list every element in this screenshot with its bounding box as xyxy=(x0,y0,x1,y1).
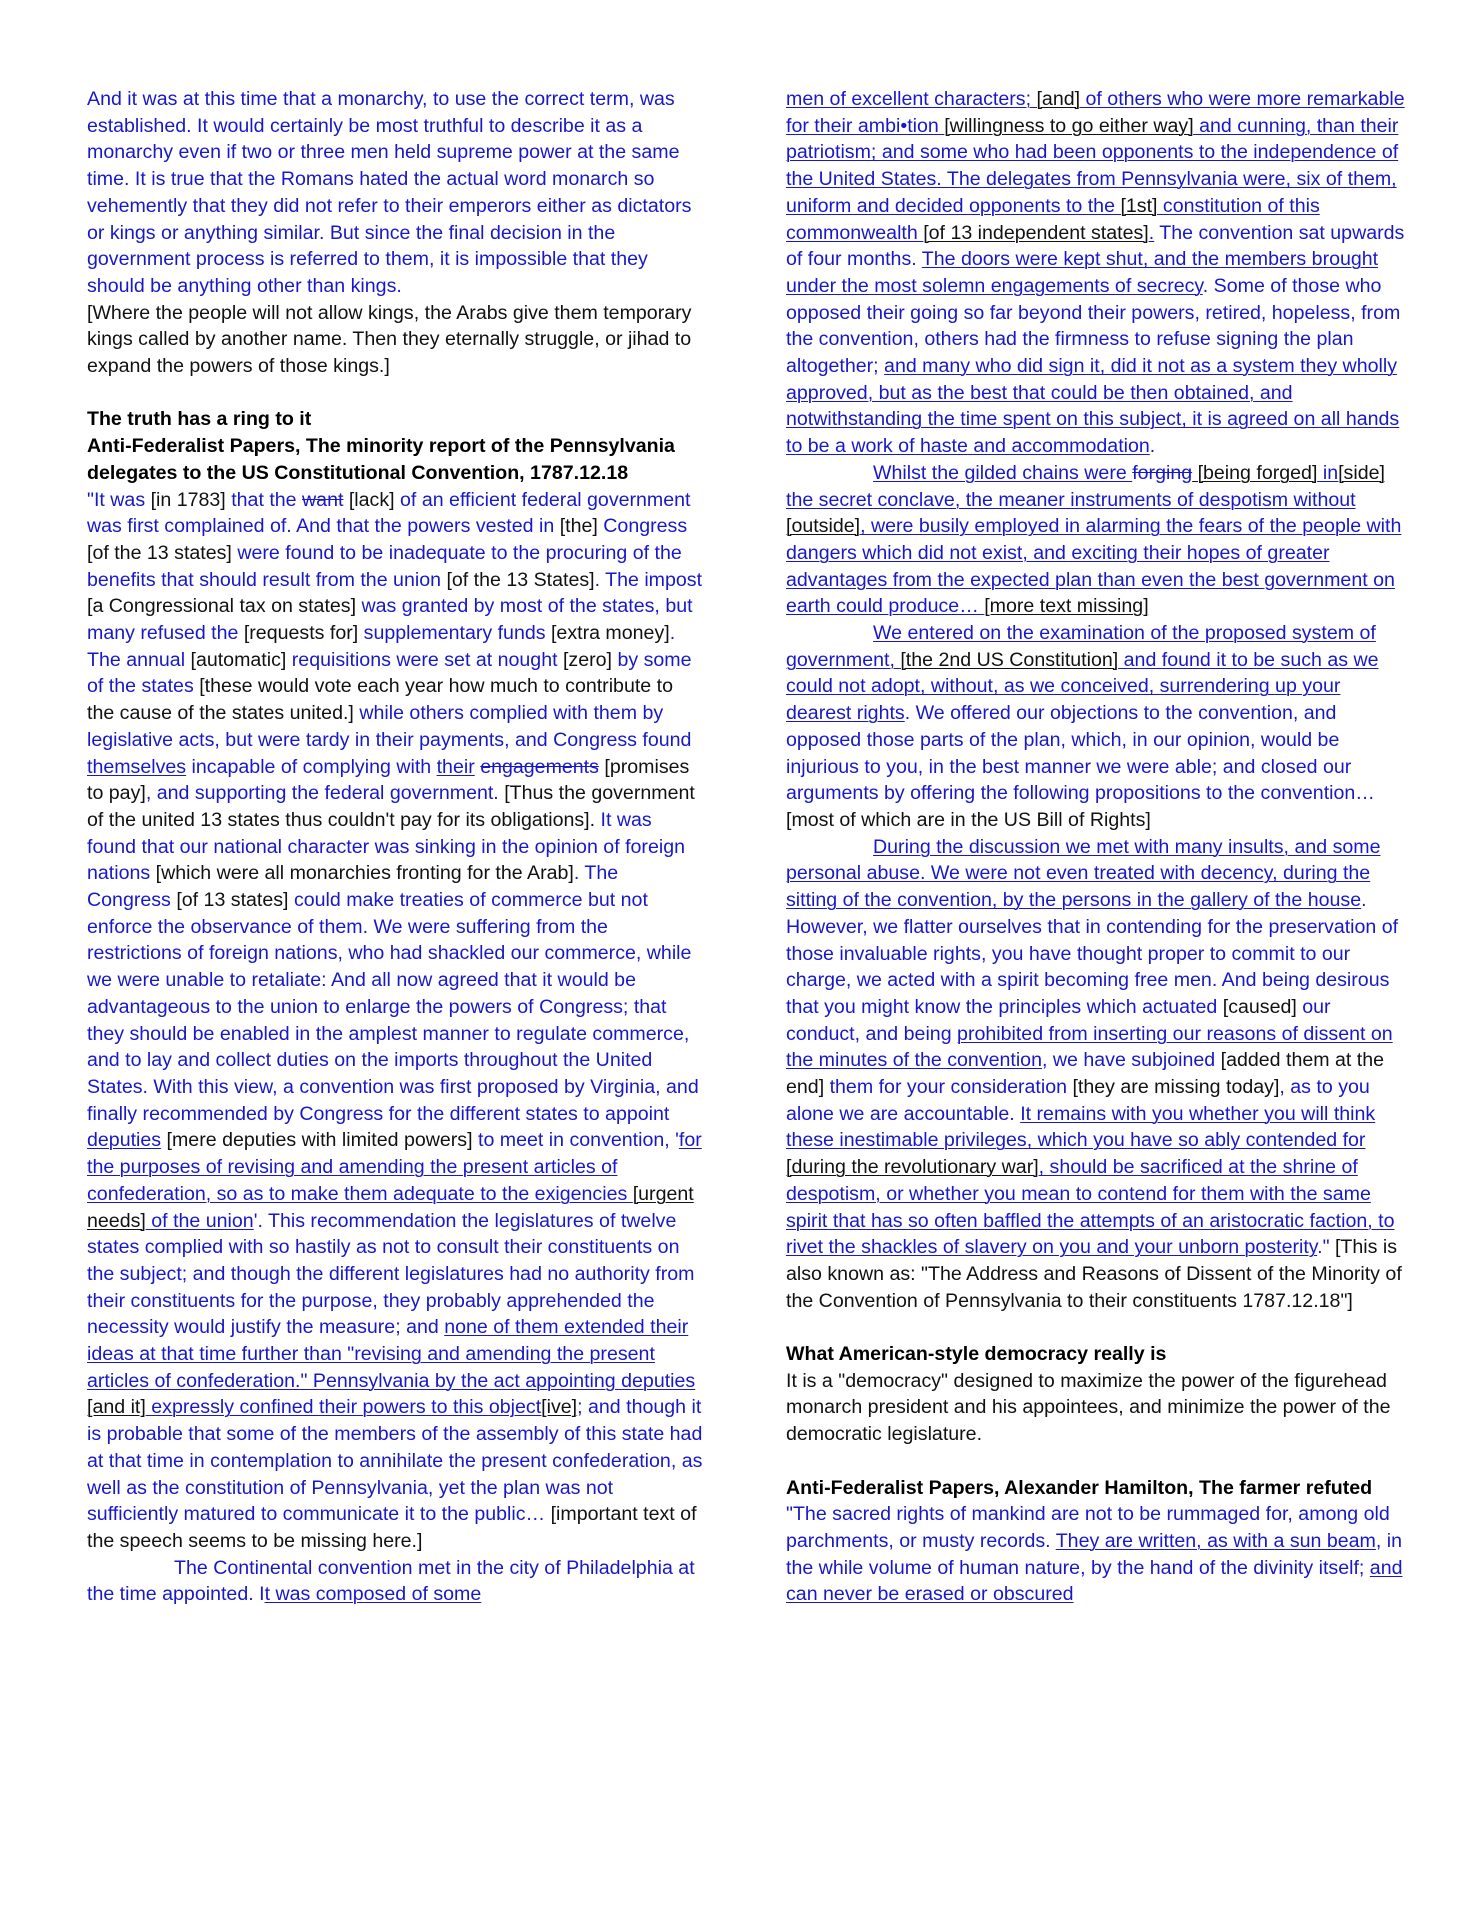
left-column: And it was at this time that a monarchy,… xyxy=(87,86,705,1608)
spacer xyxy=(786,1314,1406,1341)
editor-comment: [lack] xyxy=(343,489,400,511)
editor-comment: [outside] xyxy=(786,515,860,537)
editor-comment: [of the 13 States] xyxy=(446,569,594,591)
quoted-text: deputies xyxy=(87,1129,161,1151)
section-heading-farmer-refuted: Anti-Federalist Papers, Alexander Hamilt… xyxy=(786,1475,1406,1502)
editor-comment: [a Congressional tax on states] xyxy=(87,595,361,617)
editor-comment: [ive] xyxy=(541,1396,577,1418)
quoted-text: in xyxy=(1317,462,1338,484)
editor-comment: [and] xyxy=(1036,88,1080,110)
quoted-text: t was composed of some xyxy=(265,1583,482,1605)
democracy-body: It is a "democracy" designed to maximize… xyxy=(786,1368,1406,1448)
minority-report-paragraph: "It was [in 1783] that the want [lack] o… xyxy=(87,487,705,1555)
discussion-text: During the discussion we met with many i… xyxy=(786,836,1402,1312)
quoted-text: men of excellent characters; xyxy=(786,88,1036,110)
quoted-text: them for your consideration xyxy=(830,1076,1073,1098)
continental-convention-paragraph: The Continental convention met in the ci… xyxy=(87,1555,705,1608)
editor-comment: [willingness to go either way] xyxy=(944,115,1193,137)
quoted-text: . The impost xyxy=(595,569,702,591)
intro-quote: And it was at this time that a monarchy,… xyxy=(87,88,691,297)
editor-comment: [of the 13 states] xyxy=(87,542,237,564)
editor-comment: [the 2nd US Constitution] xyxy=(900,649,1118,671)
editor-comment: [requests for] xyxy=(244,622,364,644)
discussion-paragraph: During the discussion we met with many i… xyxy=(786,834,1406,1315)
editor-comment: [the] xyxy=(560,515,604,537)
quoted-text: of the union xyxy=(146,1210,254,1232)
editor-comment: [most of which are in the US Bill of Rig… xyxy=(786,809,1151,831)
continental-text: The Continental convention met in the ci… xyxy=(87,1557,695,1606)
editor-comment: [mere deputies with limited powers] xyxy=(161,1129,478,1151)
quoted-text: expressly confined their powers to this … xyxy=(146,1396,541,1418)
editor-comment: [more text missing] xyxy=(984,595,1148,617)
section-heading-truth: The truth has a ring to it xyxy=(87,406,705,433)
quoted-text: "It was xyxy=(87,489,151,511)
quoted-text: forging xyxy=(1132,462,1192,484)
quoted-text: want xyxy=(302,489,343,511)
quoted-text: requisitions were set at nought xyxy=(292,649,563,671)
examination-text: We entered on the examination of the pro… xyxy=(786,622,1379,831)
editor-comment: [extra money] xyxy=(551,622,670,644)
editor-comment: [of 13 states] xyxy=(176,889,294,911)
intro-paragraph: And it was at this time that a monarchy,… xyxy=(87,86,705,300)
editor-comment: [automatic] xyxy=(191,649,292,671)
right-column: men of excellent characters; [and] of ot… xyxy=(786,86,1406,1608)
gilded-chains-text: Whilst the gilded chains were forging [b… xyxy=(786,462,1401,618)
editor-comment: [being forged] xyxy=(1192,462,1317,484)
section-heading-democracy: What American-style democracy really is xyxy=(786,1341,1406,1368)
quoted-text: could make treaties of commerce but not … xyxy=(87,889,699,1125)
editor-comment: [during the revolutionary war] xyxy=(786,1156,1039,1178)
quoted-text: , and supporting the federal government. xyxy=(146,782,504,804)
editor-comment: [they are missing today] xyxy=(1072,1076,1279,1098)
editor-comment: [caused] xyxy=(1223,996,1303,1018)
intro-comment: [Where the people will not allow kings, … xyxy=(87,300,705,380)
quoted-text: the secret conclave, the meaner instrume… xyxy=(786,489,1356,511)
quoted-text: Congress xyxy=(603,515,687,537)
quoted-text: Whilst the gilded chains were xyxy=(873,462,1132,484)
section-heading-minority-report: Anti-Federalist Papers, The minority rep… xyxy=(87,433,705,486)
quoted-text: During the discussion we met with many i… xyxy=(786,836,1381,911)
quoted-text: themselves xyxy=(87,756,186,778)
document-page: And it was at this time that a monarchy,… xyxy=(0,0,1484,1920)
editor-comment: [of 13 independent states] xyxy=(923,222,1149,244)
editor-comment: [zero] xyxy=(563,649,617,671)
editor-comment: [and it] xyxy=(87,1396,146,1418)
farmer-refuted-paragraph: "The sacred rights of mankind are not to… xyxy=(786,1501,1406,1608)
spacer xyxy=(786,1448,1406,1475)
editor-comment: [which were all monarchies fronting for … xyxy=(156,862,574,884)
editor-comment: [1st] xyxy=(1120,195,1157,217)
quoted-text: They are written, as with a sun beam xyxy=(1056,1530,1376,1552)
gilded-chains-paragraph: Whilst the gilded chains were forging [b… xyxy=(786,460,1406,620)
quoted-text: their xyxy=(437,756,475,778)
examination-paragraph: We entered on the examination of the pro… xyxy=(786,620,1406,834)
quoted-text: ." xyxy=(1317,1236,1335,1258)
editor-comment: [side] xyxy=(1338,462,1385,484)
quoted-text: incapable of complying with xyxy=(186,756,437,778)
quoted-text: engagements xyxy=(480,756,599,778)
spacer xyxy=(87,380,705,407)
editor-comment: [in 1783] xyxy=(151,489,232,511)
quoted-text: to meet in convention, ' xyxy=(478,1129,679,1151)
quoted-text: , we have subjoined xyxy=(1042,1049,1221,1071)
quoted-text: that the xyxy=(231,489,302,511)
quoted-text: . xyxy=(1150,435,1155,457)
convention-members-paragraph: men of excellent characters; [and] of ot… xyxy=(786,86,1406,460)
quoted-text: supplementary funds xyxy=(364,622,551,644)
